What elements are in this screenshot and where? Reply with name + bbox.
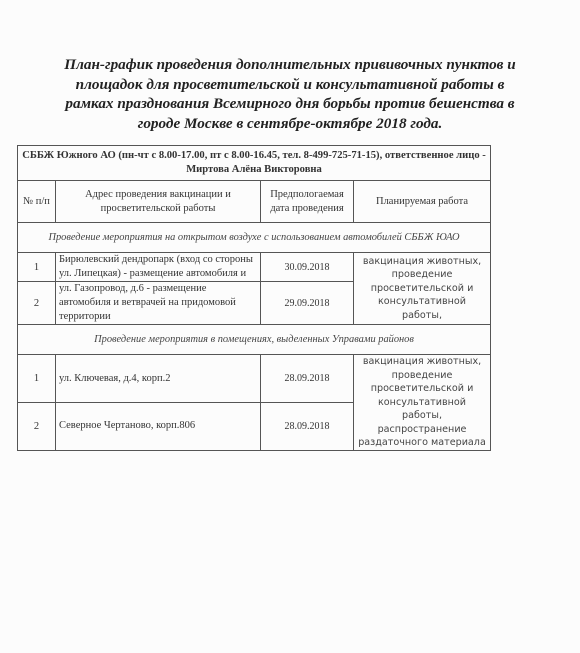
row-work: вакцинация животных, проведение просвети… bbox=[354, 355, 491, 451]
title-line: площадок для просветительской и консульт… bbox=[20, 75, 560, 95]
table-row: 1 ул. Ключевая, д.4, корп.2 28.09.2018 в… bbox=[18, 355, 491, 403]
org-row: СББЖ Южного АО (пн-чт с 8.00-17.00, пт с… bbox=[18, 146, 491, 181]
section-title: Проведение мероприятия на открытом возду… bbox=[18, 223, 491, 253]
header-row: № п/п Адрес проведения вакцинации и прос… bbox=[18, 181, 491, 223]
header-address: Адрес проведения вакцинации и просветите… bbox=[56, 181, 261, 223]
header-num: № п/п bbox=[18, 181, 56, 223]
section-row: Проведение мероприятия в помещениях, выд… bbox=[18, 325, 491, 355]
row-address: Бирюлевский дендропарк (вход со стороны … bbox=[56, 253, 261, 282]
row-num: 1 bbox=[18, 253, 56, 282]
row-date: 28.09.2018 bbox=[261, 403, 354, 450]
org-info: СББЖ Южного АО (пн-чт с 8.00-17.00, пт с… bbox=[21, 149, 487, 163]
title-line: городе Москве в сентябре-октябре 2018 го… bbox=[20, 114, 560, 134]
header-work: Планируемая работа bbox=[354, 181, 491, 223]
table-row: 1 Бирюлевский дендропарк (вход со сторон… bbox=[18, 253, 491, 282]
row-work: вакцинация животных, проведение просвети… bbox=[354, 253, 491, 325]
responsible-person: Миртова Алёна Викторовна bbox=[21, 163, 487, 177]
row-address: ул. Газопровод, д.6 - размещение автомоб… bbox=[56, 282, 261, 325]
row-date: 28.09.2018 bbox=[261, 355, 354, 403]
org-info-cell: СББЖ Южного АО (пн-чт с 8.00-17.00, пт с… bbox=[18, 146, 491, 181]
section-row: Проведение мероприятия на открытом возду… bbox=[18, 223, 491, 253]
title-line: План-график проведения дополнительных пр… bbox=[20, 55, 560, 75]
document-title: План-график проведения дополнительных пр… bbox=[20, 55, 560, 133]
schedule-table: СББЖ Южного АО (пн-чт с 8.00-17.00, пт с… bbox=[17, 145, 491, 451]
row-num: 2 bbox=[18, 403, 56, 450]
row-num: 1 bbox=[18, 355, 56, 403]
header-date: Предпологаемая дата проведения bbox=[261, 181, 354, 223]
title-line: рамках празднования Всемирного дня борьб… bbox=[20, 94, 560, 114]
row-date: 29.09.2018 bbox=[261, 282, 354, 325]
row-address: ул. Ключевая, д.4, корп.2 bbox=[56, 355, 261, 403]
section-title: Проведение мероприятия в помещениях, выд… bbox=[18, 325, 491, 355]
row-num: 2 bbox=[18, 282, 56, 325]
row-date: 30.09.2018 bbox=[261, 253, 354, 282]
row-address: Северное Чертаново, корп.806 bbox=[56, 403, 261, 450]
